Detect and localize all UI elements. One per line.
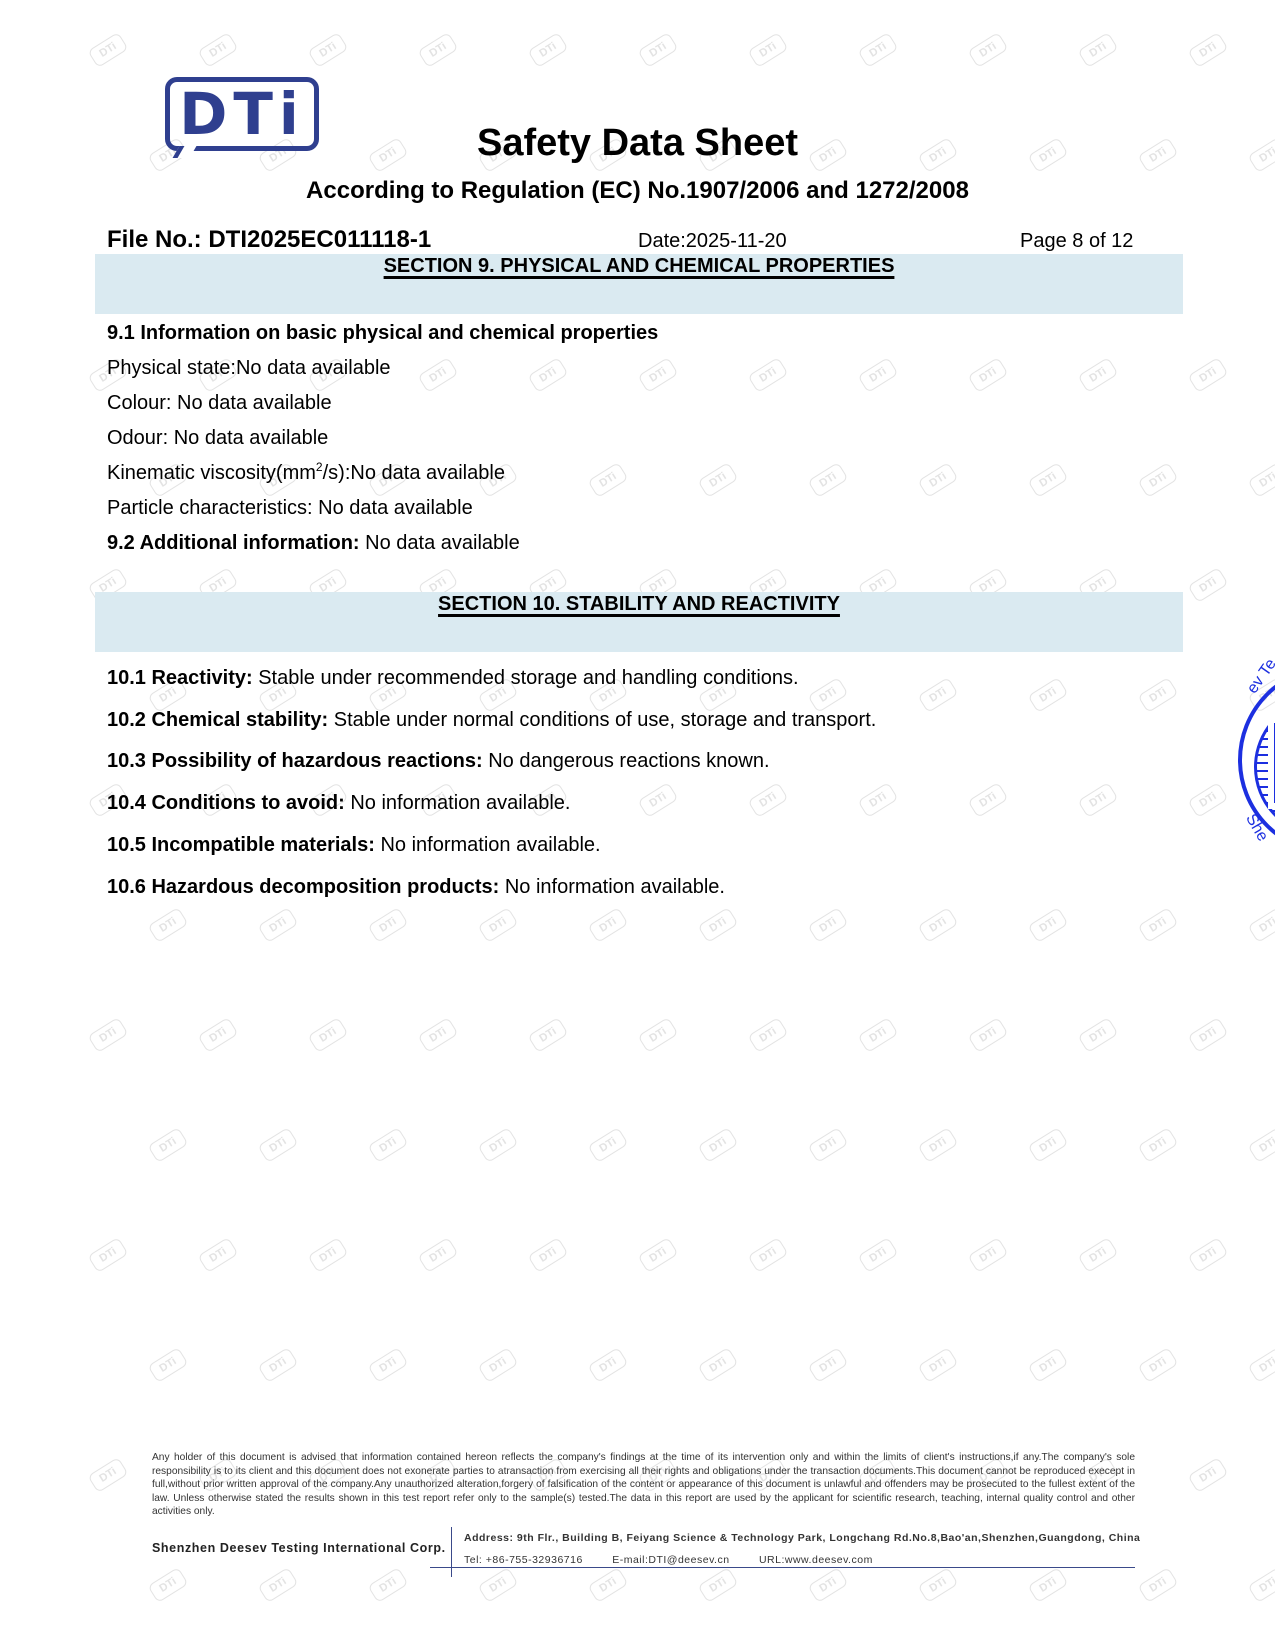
item-10-3-hazardous-reactions: 10.3 Possibility of hazardous reactions:… [107,750,770,773]
watermark-logo: DTi [697,1127,738,1163]
watermark-logo: DTi [307,32,348,68]
item-10-5-incompatible-materials: 10.5 Incompatible materials: No informat… [107,834,601,857]
stamp-logo-letter [1268,717,1275,809]
property-label: Particle characteristics: [107,497,318,519]
watermark-logo: DTi [147,1347,188,1383]
document-date: Date:2025-11-20 [638,230,787,253]
regulation-subtitle: According to Regulation (EC) No.1907/200… [0,177,1275,205]
property-label: Physical state: [107,357,236,379]
watermark-logo: DTi [747,1237,788,1273]
item-value: Stable under recommended storage and han… [253,667,799,689]
footer-horizontal-divider [430,1567,1135,1568]
watermark-logo: DTi [917,1127,958,1163]
item-value: No information available. [375,834,601,856]
footer-tel: Tel: +86-755-32936716 [464,1554,583,1566]
subsection-9-2-label: 9.2 Additional information: [107,532,360,554]
watermark-logo: DTi [807,1127,848,1163]
watermark-logo: DTi [1077,782,1118,818]
item-10-4-conditions-to-avoid: 10.4 Conditions to avoid: No information… [107,792,570,815]
watermark-logo: DTi [1247,1347,1275,1383]
watermark-logo: DTi [417,357,458,393]
watermark-logo: DTi [967,1237,1008,1273]
footer-vertical-divider [451,1527,452,1577]
item-value: Stable under normal conditions of use, s… [328,709,876,731]
watermark-logo: DTi [307,1017,348,1053]
watermark-logo: DTi [1027,677,1068,713]
subsection-9-1-label: 9.1 Information on basic physical and ch… [107,322,658,344]
watermark-logo: DTi [1137,907,1178,943]
watermark-logo: DTi [807,677,848,713]
watermark-logo: DTi [1137,1127,1178,1163]
subsection-9-1-heading: 9.1 Information on basic physical and ch… [107,322,658,345]
watermark-logo: DTi [147,1127,188,1163]
watermark-logo: DTi [917,1347,958,1383]
watermark-logo: DTi [1077,357,1118,393]
watermark-logo: DTi [697,462,738,498]
watermark-logo: DTi [147,1567,188,1603]
watermark-logo: DTi [1077,1237,1118,1273]
footer-disclaimer: Any holder of this document is advised t… [152,1451,1135,1519]
page-number: Page 8 of 12 [1020,230,1133,253]
watermark-logo: DTi [587,1347,628,1383]
watermark-logo: DTi [1077,1017,1118,1053]
watermark-logo: DTi [477,907,518,943]
watermark-logo: DTi [477,1127,518,1163]
property-value: No data available [318,497,473,519]
watermark-logo: DTi [807,907,848,943]
watermark-logo: DTi [587,462,628,498]
watermark-logo: DTi [917,1567,958,1603]
section-9-header: SECTION 9. PHYSICAL AND CHEMICAL PROPERT… [95,254,1183,314]
watermark-logo: DTi [1247,1567,1275,1603]
watermark-logo: DTi [1137,1567,1178,1603]
property-label-suffix: /s): [323,462,351,484]
watermark-logo: DTi [1187,1017,1228,1053]
watermark-logo: DTi [917,677,958,713]
stamp-arc-text-top: ev Te [1244,656,1275,697]
watermark-logo: DTi [1027,1347,1068,1383]
watermark-logo: DTi [1247,462,1275,498]
company-seal-stamp: ev Te She [1238,665,1275,855]
watermark-logo: DTi [1247,1127,1275,1163]
watermark-logo: DTi [87,1457,128,1493]
property-value: No data available [174,427,329,449]
watermark-logo: DTi [197,32,238,68]
watermark-logo: DTi [967,1017,1008,1053]
watermark-logo: DTi [587,907,628,943]
watermark-logo: DTi [1187,32,1228,68]
watermark-logo: DTi [257,1127,298,1163]
watermark-logo: DTi [307,1237,348,1273]
item-label: 10.3 Possibility of hazardous reactions: [107,750,483,772]
watermark-logo: DTi [747,1017,788,1053]
watermark-logo: DTi [1187,567,1228,603]
watermark-logo: DTi [637,1017,678,1053]
property-odour: Odour: No data available [107,427,328,450]
item-label: 10.2 Chemical stability: [107,709,328,731]
watermark-logo: DTi [1137,462,1178,498]
superscript: 2 [316,460,323,474]
item-label: 10.5 Incompatible materials: [107,834,375,856]
subsection-9-2-value: No data available [360,532,520,554]
watermark-logo: DTi [197,1237,238,1273]
watermark-logo: DTi [1027,907,1068,943]
file-number: File No.: DTI2025EC011118-1 [107,226,431,254]
watermark-logo: DTi [637,357,678,393]
watermark-logo: DTi [857,32,898,68]
watermark-logo: DTi [367,907,408,943]
watermark-logo: DTi [917,462,958,498]
stamp-arc-text-bottom: She [1241,811,1271,845]
footer-url: URL:www.deesev.com [759,1554,873,1566]
watermark-logo: DTi [477,1347,518,1383]
watermark-logo: DTi [1077,32,1118,68]
watermark-logo: DTi [527,32,568,68]
watermark-logo: DTi [87,1017,128,1053]
watermark-logo: DTi [417,1017,458,1053]
property-label: Kinematic viscosity(mm [107,462,316,484]
watermark-logo: DTi [1187,782,1228,818]
watermark-logo: DTi [857,782,898,818]
watermark-logo: DTi [1027,1567,1068,1603]
watermark-logo: DTi [967,357,1008,393]
property-colour: Colour: No data available [107,392,332,415]
watermark-logo: DTi [417,32,458,68]
watermark-logo: DTi [257,1347,298,1383]
watermark-logo: DTi [637,32,678,68]
item-label: 10.1 Reactivity: [107,667,253,689]
property-value: No data available [177,392,332,414]
watermark-logo: DTi [527,1237,568,1273]
watermark-logo: DTi [857,1237,898,1273]
watermark-logo: DTi [637,1237,678,1273]
property-label: Odour: [107,427,174,449]
watermark-logo: DTi [1027,1127,1068,1163]
item-value: No dangerous reactions known. [483,750,770,772]
watermark-logo: DTi [917,907,958,943]
watermark-logo: DTi [747,357,788,393]
watermark-logo: DTi [967,32,1008,68]
property-particle-characteristics: Particle characteristics: No data availa… [107,497,473,520]
subsection-9-2-additional: 9.2 Additional information: No data avai… [107,532,520,555]
watermark-logo: DTi [87,1237,128,1273]
watermark-logo: DTi [1247,907,1275,943]
property-label: Colour: [107,392,177,414]
footer-address: Address: 9th Flr., Building B, Feiyang S… [464,1532,1140,1544]
watermark-logo: DTi [637,782,678,818]
watermark-logo: DTi [527,357,568,393]
watermark-logo: DTi [807,1567,848,1603]
watermark-logo: DTi [807,462,848,498]
item-10-2-chemical-stability: 10.2 Chemical stability: Stable under no… [107,709,876,732]
section-9-title: SECTION 9. PHYSICAL AND CHEMICAL PROPERT… [95,255,1183,278]
item-value: No information available. [345,792,571,814]
watermark-logo: DTi [197,1017,238,1053]
watermark-logo: DTi [1187,1457,1228,1493]
property-value: No data available [236,357,391,379]
item-label: 10.4 Conditions to avoid: [107,792,345,814]
watermark-logo: DTi [527,1017,568,1053]
footer-company-name: Shenzhen Deesev Testing International Co… [152,1541,446,1555]
watermark-logo: DTi [367,1127,408,1163]
watermark-logo: DTi [587,1127,628,1163]
item-10-1-reactivity: 10.1 Reactivity: Stable under recommende… [107,667,799,690]
item-value: No information available. [499,876,725,898]
watermark-logo: DTi [587,1567,628,1603]
watermark-logo: DTi [1137,1347,1178,1383]
property-value: No data available [350,462,505,484]
watermark-logo: DTi [417,1237,458,1273]
watermark-logo: DTi [807,1347,848,1383]
property-kinematic-viscosity: Kinematic viscosity(mm2/s):No data avail… [107,462,505,485]
item-label: 10.6 Hazardous decomposition products: [107,876,499,898]
watermark-logo: DTi [747,32,788,68]
watermark-logo: DTi [967,782,1008,818]
watermark-logo: DTi [697,1347,738,1383]
watermark-logo: DTi [367,1347,408,1383]
watermark-logo: DTi [697,1567,738,1603]
section-10-header: SECTION 10. STABILITY AND REACTIVITY [95,592,1183,652]
watermark-logo: DTi [857,357,898,393]
property-physical-state: Physical state:No data available [107,357,391,380]
watermark-logo: DTi [1187,1237,1228,1273]
footer-contact: Tel: +86-755-32936716 E-mail:DTI@deesev.… [464,1554,899,1566]
watermark-logo: DTi [1187,357,1228,393]
watermark-logo: DTi [697,907,738,943]
watermark-logo: DTi [1137,677,1178,713]
watermark-logo: DTi [477,1567,518,1603]
page-title: Safety Data Sheet [0,122,1275,165]
watermark-logo: DTi [87,32,128,68]
section-10-title: SECTION 10. STABILITY AND REACTIVITY [95,593,1183,616]
watermark-logo: DTi [257,907,298,943]
watermark-logo: DTi [747,782,788,818]
item-10-6-decomposition-products: 10.6 Hazardous decomposition products: N… [107,876,725,899]
watermark-logo: DTi [367,1567,408,1603]
footer-email: E-mail:DTI@deesev.cn [612,1554,729,1566]
watermark-logo: DTi [257,1567,298,1603]
watermark-logo: DTi [1027,462,1068,498]
watermark-logo: DTi [147,907,188,943]
watermark-logo: DTi [857,1017,898,1053]
